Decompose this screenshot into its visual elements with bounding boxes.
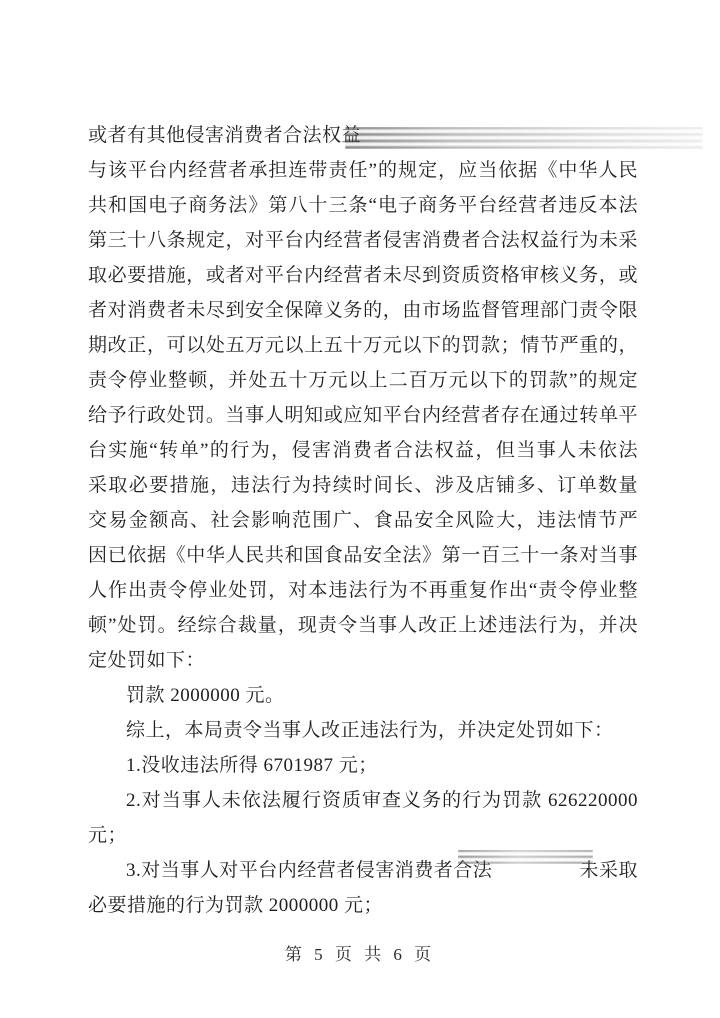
body-line: 元； xyxy=(88,818,638,853)
body-line: 顿”处罚。经综合裁量，现责令当事人改正上述违法行为，并决 xyxy=(88,608,638,643)
body-line: 或者有其他侵害消费者合法权益 xyxy=(88,118,638,153)
body-line: 给予行政处罚。当事人明知或应知平台内经营者存在通过转单平 xyxy=(88,398,638,433)
penalty-item-3-left: 3.对当事人对平台内经营者侵害消费者合法 xyxy=(126,853,492,888)
penalty-item-2: 2.对当事人未依法履行资质审查义务的行为罚款 626220000 xyxy=(88,783,638,818)
document-page: 或者有其他侵害消费者合法权益 与该平台内经营者承担连带责任”的规定，应当依据《中… xyxy=(0,0,720,1018)
body-line: 台实施“转单”的行为，侵害消费者合法权益，但当事人未依法 xyxy=(88,433,638,468)
penalty-item-3: 3.对当事人对平台内经营者侵害消费者合法 未采取 xyxy=(88,853,638,888)
body-line: 因已依据《中华人民共和国食品安全法》第一百三十一条对当事 xyxy=(88,538,638,573)
body-line: 责令停业整顿，并处五十万元以上二百万元以下的罚款”的规定 xyxy=(88,363,638,398)
body-line: 采取必要措施，违法行为持续时间长、涉及店铺多、订单数量大、 xyxy=(88,468,638,503)
body-line: 者对消费者未尽到安全保障义务的，由市场监督管理部门责令限 xyxy=(88,293,638,328)
penalty-item-1: 1.没收违法所得 6701987 元； xyxy=(88,748,638,783)
page-number: 第 5 页 共 6 页 xyxy=(0,940,720,970)
body-line: 取必要措施，或者对平台内经营者未尽到资质资格审核义务，或 xyxy=(88,258,638,293)
body-line: 共和国电子商务法》第八十三条“电子商务平台经营者违反本法 xyxy=(88,188,638,223)
body-line: 交易金额高、社会影响范围广、食品安全风险大，违法情节严重。 xyxy=(88,503,638,538)
body-line: 期改正，可以处五万元以上五十万元以下的罚款；情节严重的， xyxy=(88,328,638,363)
body-line: 定处罚如下： xyxy=(88,643,638,678)
body-line: 必要措施的行为罚款 2000000 元； xyxy=(88,888,638,923)
body-line: 综上，本局责令当事人改正违法行为，并决定处罚如下： xyxy=(88,713,638,748)
body-line: 人作出责令停业处罚，对本违法行为不再重复作出“责令停业整 xyxy=(88,573,638,608)
document-body: 或者有其他侵害消费者合法权益 与该平台内经营者承担连带责任”的规定，应当依据《中… xyxy=(88,118,638,923)
body-line: 与该平台内经营者承担连带责任”的规定，应当依据《中华人民 xyxy=(88,153,638,188)
penalty-item-3-right: 未采取 xyxy=(579,853,638,888)
body-line: 第三十八条规定，对平台内经营者侵害消费者合法权益行为未采 xyxy=(88,223,638,258)
penalty-amount-line: 罚款 2000000 元。 xyxy=(88,678,638,713)
